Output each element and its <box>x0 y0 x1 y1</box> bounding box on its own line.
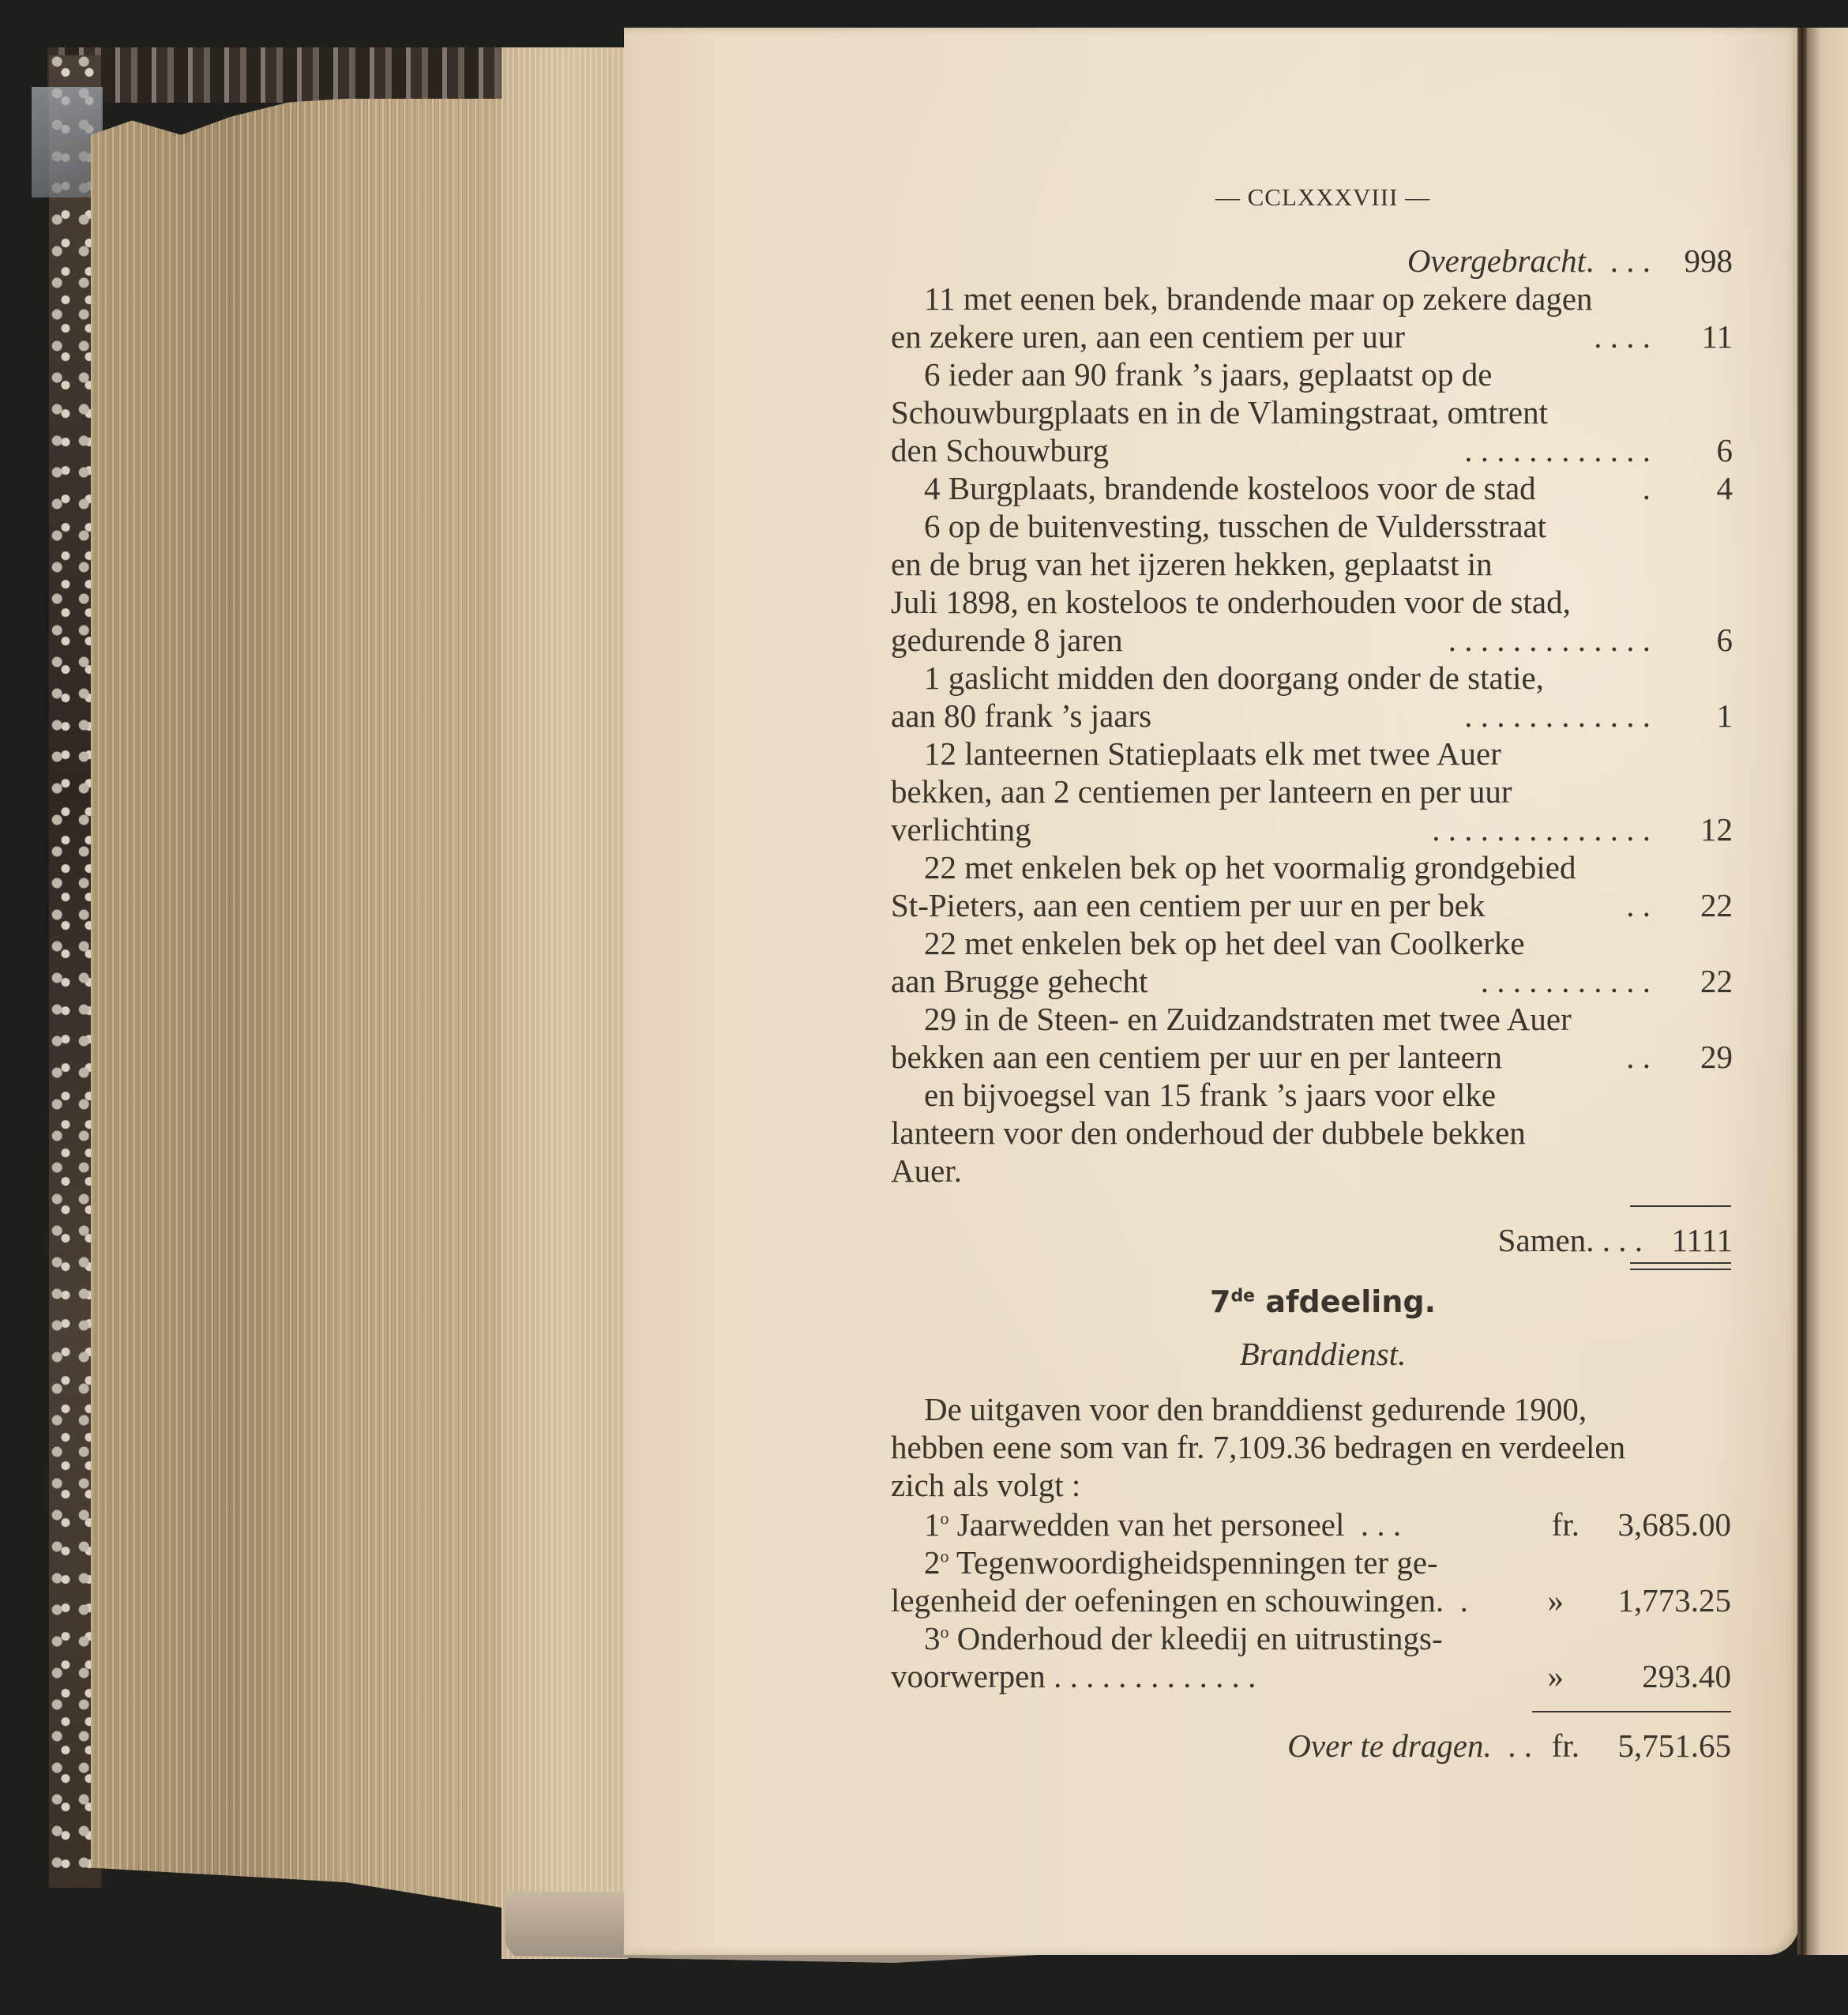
entry-8-line-1: 22 met enkelen bek op het deel van Coolk… <box>891 924 1757 962</box>
entry-6-line-2: bekken, aan 2 centiemen per lanteern en … <box>891 773 1724 810</box>
entry-9-line-2: bekken aan een centiem per uur en per la… <box>891 1038 1651 1076</box>
entry-8-line-2: aan Brugge gehecht. . . . . . . . . . . <box>891 962 1651 1000</box>
entry-10-line-3: Auer. <box>891 1152 1724 1190</box>
entry-6-line-1: 12 lanteernen Statieplaats elk met twee … <box>891 735 1757 773</box>
expense-3-currency: » <box>1532 1657 1564 1695</box>
expense-2-line-2: legenheid der oefeningen en schouwingen.… <box>891 1581 1468 1619</box>
entry-7-line-2: St-Pieters, aan een centiem per uur en p… <box>891 886 1651 924</box>
entry-1-line-2: en zekere uren, aan een centiem per uur.… <box>891 318 1651 355</box>
entry-4-line-4: gedurende 8 jaren. . . . . . . . . . . .… <box>891 621 1651 659</box>
expense-2-currency: » <box>1532 1581 1564 1619</box>
entry-4-line-3: Juli 1898, en kosteloos te onderhouden v… <box>891 583 1724 621</box>
carried-forward-label: Overgebracht. . . . <box>1185 242 1651 280</box>
expense-2-amount: 1,773.25 <box>1587 1581 1731 1619</box>
expense-3-line-1: 3o Onderhoud der kleedij en uitrustings- <box>924 1619 1443 1657</box>
entry-5-line-1: 1 gaslicht midden den doorgang onder de … <box>891 659 1757 697</box>
entry-9-value: 29 <box>1651 1038 1733 1076</box>
entry-1-value: 11 <box>1651 318 1733 355</box>
page-edges-left-block <box>91 99 501 1908</box>
total-rule-double-1 <box>1630 1262 1731 1264</box>
total-rule-top <box>1630 1205 1731 1207</box>
next-page-sliver <box>1807 28 1848 1955</box>
entry-1-line-1: 11 met eenen bek, brandende maar op zeke… <box>891 280 1757 318</box>
entry-6-line-3: verlichting. . . . . . . . . . . . . . <box>891 810 1651 848</box>
entry-6-value: 12 <box>1651 810 1733 848</box>
section-subtitle: Branddienst. <box>869 1335 1777 1373</box>
entry-2-value: 6 <box>1651 431 1733 469</box>
page-edges-inner <box>501 47 628 1959</box>
expense-1-currency: fr. <box>1532 1506 1579 1543</box>
carried-forward-value: 998 <box>1651 242 1733 280</box>
entry-4-value: 6 <box>1651 621 1733 659</box>
expense-3-line-2: voorwerpen . . . . . . . . . . . . . <box>891 1657 1256 1695</box>
expense-1-label: 1o Jaarwedden van het personeel . . . <box>924 1506 1401 1543</box>
entry-3-line-1: 4 Burgplaats, brandende kosteloos voor d… <box>891 469 1651 507</box>
entry-9-line-1: 29 in de Steen- en Zuidzandstraten met t… <box>891 1000 1757 1038</box>
expense-3-amount: 293.40 <box>1587 1657 1731 1695</box>
entry-10-line-1: en bijvoegsel van 15 frank ’s jaars voor… <box>891 1076 1757 1114</box>
intro-line-3: zich als volgt : <box>891 1466 1651 1504</box>
total-rule-double-2 <box>1630 1269 1731 1270</box>
book-gutter <box>1797 28 1807 1955</box>
entry-3-value: 4 <box>1651 469 1733 507</box>
entry-8-value: 22 <box>1651 962 1733 1000</box>
expense-1-amount: 3,685.00 <box>1587 1506 1731 1543</box>
entry-4-line-1: 6 op de buitenvesting, tusschen de Vulde… <box>891 507 1757 545</box>
page-number-header: — CCLXXXVIII — <box>869 179 1777 216</box>
entry-2-line-3: den Schouwburg. . . . . . . . . . . . <box>891 431 1651 469</box>
subtotal-rule <box>1532 1711 1731 1712</box>
entry-7-line-1: 22 met enkelen bek op het voormalig gron… <box>891 848 1757 886</box>
entry-5-line-2: aan 80 frank ’s jaars. . . . . . . . . .… <box>891 697 1651 735</box>
entry-2-line-2: Schouwburgplaats en in de Vlamingstraat,… <box>891 393 1724 431</box>
intro-line-2: hebben eene som van fr. 7,109.36 bedrage… <box>891 1428 1731 1466</box>
expense-2-line-1: 2o Tegenwoordigheidspenningen ter ge- <box>924 1543 1438 1581</box>
intro-line-1: De uitgaven voor den branddienst geduren… <box>891 1390 1731 1428</box>
entry-2-line-1: 6 ieder aan 90 frank ’s jaars, geplaatst… <box>891 355 1757 393</box>
carry-over-currency: fr. <box>1532 1727 1579 1765</box>
total-value: 1111 <box>1651 1221 1733 1259</box>
section-heading: 7de afdeeling. <box>869 1283 1777 1321</box>
entry-5-value: 1 <box>1651 697 1733 735</box>
entry-10-line-2: lanteern voor den onderhoud der dubbele … <box>891 1114 1724 1152</box>
carry-over-label: Over te dragen. . . <box>1200 1727 1532 1765</box>
total-label: Samen. . . . <box>1343 1221 1643 1259</box>
entry-7-value: 22 <box>1651 886 1733 924</box>
carry-over-amount: 5,751.65 <box>1587 1727 1731 1765</box>
entry-4-line-2: en de brug van het ijzeren hekken, gepla… <box>891 545 1724 583</box>
